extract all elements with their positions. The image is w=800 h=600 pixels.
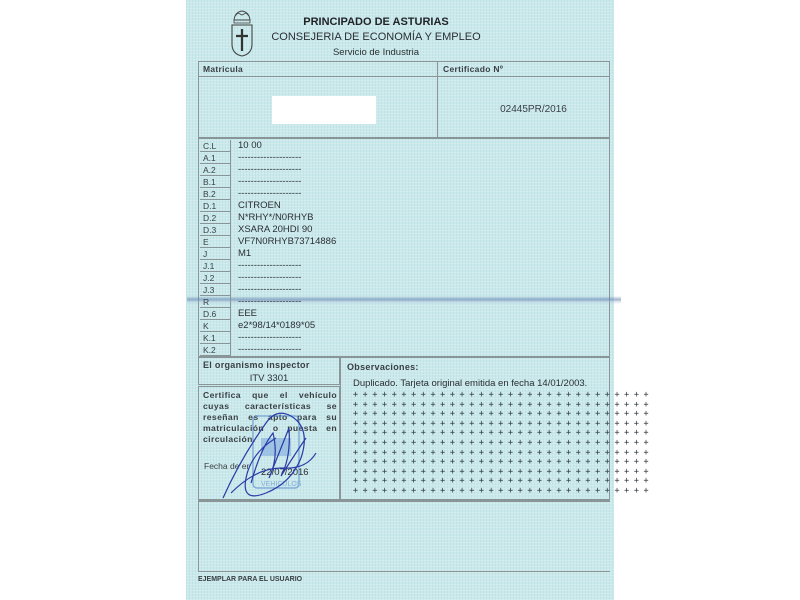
field-row: EVF7N0RHYB73714886 [199, 236, 609, 248]
field-code: A.2 [200, 164, 231, 176]
field-code: D.1 [200, 200, 231, 212]
field-value: -------------------- [238, 152, 301, 164]
blank-bottom-section [198, 500, 610, 572]
vehicle-inspection-card: PRINCIPADO DE ASTURIAS CONSEJERIA DE ECO… [186, 0, 614, 600]
inspector-value: ITV 3301 [199, 373, 339, 384]
field-code: C.L [200, 140, 231, 152]
header-department: CONSEJERIA DE ECONOMÍA Y EMPLEO [246, 31, 506, 43]
field-value: XSARA 20HDI 90 [238, 224, 312, 236]
field-value: -------------------- [238, 296, 301, 308]
field-value: EEE [238, 308, 257, 320]
field-row: K.2-------------------- [199, 344, 609, 356]
field-code: J.2 [200, 272, 231, 284]
field-row: B.1-------------------- [199, 176, 609, 188]
field-row: JM1 [199, 248, 609, 260]
field-row: J.1-------------------- [199, 260, 609, 272]
field-code: B.1 [200, 176, 231, 188]
field-row: J.3-------------------- [199, 284, 609, 296]
field-value: -------------------- [238, 344, 301, 356]
field-code: J.3 [200, 284, 231, 296]
field-row: J.2-------------------- [199, 272, 609, 284]
header-title: PRINCIPADO DE ASTURIAS [246, 16, 506, 28]
field-value: M1 [238, 248, 251, 260]
registration-section: Matricula Certificado Nº 02445PR/2016 [198, 61, 610, 138]
field-code: E [200, 236, 231, 248]
field-code: B.2 [200, 188, 231, 200]
copy-label: EJEMPLAR PARA EL USUARIO [198, 576, 302, 583]
field-value: 10 00 [238, 140, 262, 152]
field-code: R [200, 296, 231, 308]
field-code: D.3 [200, 224, 231, 236]
field-value: -------------------- [238, 188, 301, 200]
field-row: Ke2*98/14*0189*05 [199, 320, 609, 332]
field-value: -------------------- [238, 176, 301, 188]
field-value: -------------------- [238, 164, 301, 176]
field-value: -------------------- [238, 260, 301, 272]
field-row: D.3XSARA 20HDI 90 [199, 224, 609, 236]
observaciones-text: Duplicado. Tarjeta original emitida en f… [353, 378, 587, 389]
field-code: K [200, 320, 231, 332]
field-code: J [200, 248, 231, 260]
field-value: -------------------- [238, 272, 301, 284]
certification-text: Certifica que el vehículo cuyas caracter… [203, 390, 337, 445]
field-code: K.1 [200, 332, 231, 344]
field-row: B.2-------------------- [199, 188, 609, 200]
field-value: CITROEN [238, 200, 281, 212]
matricula-label: Matricula [199, 62, 438, 77]
field-row: R-------------------- [199, 296, 609, 308]
field-row: A.2-------------------- [199, 164, 609, 176]
field-code: D.6 [200, 308, 231, 320]
field-value: N*RHY*/N0RHYB [238, 212, 314, 224]
certification-box: Certifica que el vehículo cuyas caracter… [198, 386, 340, 500]
field-row: K.1-------------------- [199, 332, 609, 344]
field-row: D.6EEE [199, 308, 609, 320]
field-code: D.2 [200, 212, 231, 224]
field-value: -------------------- [238, 332, 301, 344]
observaciones-label: Observaciones: [347, 362, 419, 372]
fecha-value: 22/07/2016 [261, 467, 309, 478]
header-service: Servicio de Industria [246, 47, 506, 58]
vehicle-fields-table: C.L10 00A.1--------------------A.2------… [198, 138, 610, 357]
filler-plus-grid: + + + + + + + + + + + + + + + + + + + + … [353, 390, 605, 496]
field-row: D.1CITROEN [199, 200, 609, 212]
fecha-label: Fecha de er [204, 461, 249, 471]
field-value: e2*98/14*0189*05 [238, 320, 315, 332]
field-value: VF7N0RHYB73714886 [238, 236, 336, 248]
field-row: A.1-------------------- [199, 152, 609, 164]
certificado-value: 02445PR/2016 [438, 104, 609, 115]
redacted-plate [272, 96, 376, 124]
field-code: A.1 [200, 152, 231, 164]
field-value: -------------------- [238, 284, 301, 296]
inspector-box: El organismo inspector ITV 3301 [198, 357, 340, 385]
observaciones-box: Observaciones: Duplicado. Tarjeta origin… [340, 357, 610, 500]
matricula-field [199, 77, 438, 137]
field-row: D.2N*RHY*/N0RHYB [199, 212, 609, 224]
certificado-label: Certificado Nº [438, 62, 609, 77]
field-code: K.2 [200, 344, 231, 356]
field-row: C.L10 00 [199, 140, 609, 152]
inspector-label: El organismo inspector [203, 360, 310, 370]
field-code: J.1 [200, 260, 231, 272]
